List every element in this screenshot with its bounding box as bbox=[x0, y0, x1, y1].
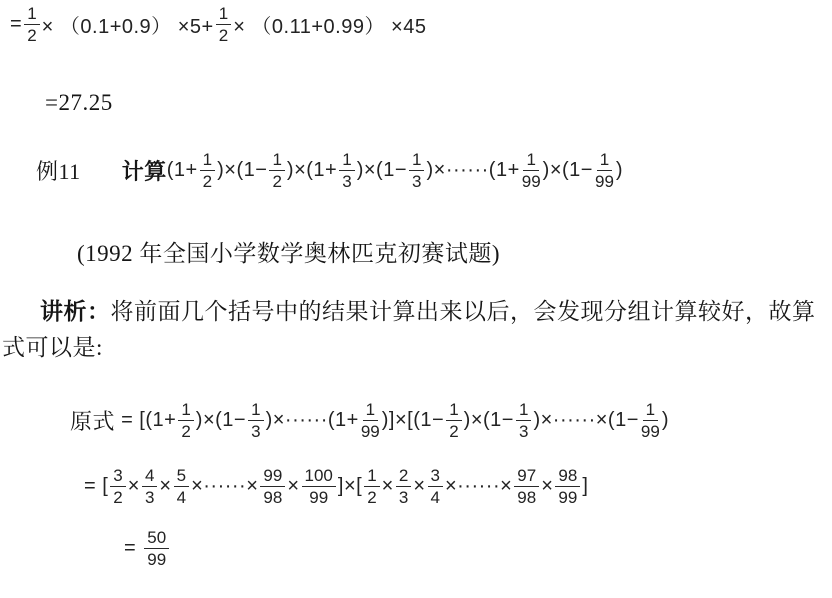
formula-text: )]×[(1− bbox=[382, 409, 444, 432]
example-11-heading: 例11 计算(1+12)×(1−12)×(1+13)×(1−13)×······… bbox=[36, 150, 623, 191]
formula-text: × （0.11+0.99） ×45 bbox=[233, 10, 426, 39]
formula-text: × bbox=[541, 475, 553, 498]
formula-text: (1+ bbox=[167, 159, 198, 182]
equation-result: =27.25 bbox=[45, 90, 113, 116]
fraction: 12 bbox=[446, 400, 461, 441]
fraction: 54 bbox=[174, 466, 189, 507]
formula-label: 计算 bbox=[122, 155, 167, 186]
formula-text: )×(1− bbox=[464, 409, 514, 432]
fraction-denominator: 2 bbox=[219, 25, 228, 45]
formula-text: ]×[ bbox=[338, 475, 362, 498]
source-note: (1992 年全国小学数学奥林匹克初赛试题) bbox=[77, 235, 500, 268]
formula-text bbox=[81, 156, 122, 185]
analysis-text: 将前面几个括号中的结果计算出来以后，会发现分组计算较好，故算 bbox=[111, 299, 816, 324]
fraction-numerator: 1 bbox=[409, 150, 424, 171]
fraction-numerator: 100 bbox=[302, 466, 336, 487]
fraction-denominator: 99 bbox=[558, 487, 577, 507]
formula-text: ) bbox=[662, 409, 669, 432]
fraction-numerator: 1 bbox=[523, 150, 538, 171]
formula-text: ) bbox=[616, 159, 623, 182]
fraction-denominator: 3 bbox=[519, 421, 528, 441]
fraction: 13 bbox=[339, 150, 354, 191]
fraction-numerator: 3 bbox=[110, 466, 125, 487]
fraction: 5099 bbox=[144, 528, 169, 569]
formula-text: × bbox=[128, 475, 140, 498]
fraction: 34 bbox=[428, 466, 443, 507]
fraction: 199 bbox=[641, 400, 660, 441]
fraction-numerator: 98 bbox=[555, 466, 580, 487]
fraction: 12 bbox=[364, 466, 379, 507]
analysis-paragraph-line-1: 讲析：将前面几个括号中的结果计算出来以后，会发现分组计算较好，故算 bbox=[40, 293, 816, 326]
formula-text: )×······×(1− bbox=[533, 409, 638, 432]
fraction-denominator: 4 bbox=[177, 487, 186, 507]
fraction-denominator: 4 bbox=[431, 487, 440, 507]
solution-step-3: = 5099 bbox=[124, 528, 171, 569]
formula-text: = [(1+ bbox=[115, 409, 176, 432]
fraction: 13 bbox=[516, 400, 531, 441]
fraction: 23 bbox=[396, 466, 411, 507]
formula-text: )×(1− bbox=[543, 159, 593, 182]
fraction-denominator: 99 bbox=[361, 421, 380, 441]
formula-text: )×(1− bbox=[357, 159, 407, 182]
formula-text: )×(1+ bbox=[287, 159, 337, 182]
fraction-numerator: 5 bbox=[174, 466, 189, 487]
fraction-numerator: 1 bbox=[364, 466, 379, 487]
equation-line-1: =12× （0.1+0.9） ×5+12× （0.11+0.99） ×45 bbox=[10, 4, 426, 45]
fraction-numerator: 1 bbox=[200, 150, 215, 171]
fraction: 13 bbox=[409, 150, 424, 191]
document-page: =12× （0.1+0.9） ×5+12× （0.11+0.99） ×45 =2… bbox=[0, 0, 832, 598]
formula-text: )×(1− bbox=[217, 159, 267, 182]
fraction: 43 bbox=[142, 466, 157, 507]
fraction: 12 bbox=[178, 400, 193, 441]
fraction-numerator: 97 bbox=[514, 466, 539, 487]
fraction-numerator: 1 bbox=[269, 150, 284, 171]
formula-text: )×······(1+ bbox=[266, 409, 359, 432]
fraction-numerator: 2 bbox=[396, 466, 411, 487]
fraction-numerator: 1 bbox=[643, 400, 658, 421]
fraction-denominator: 2 bbox=[27, 25, 36, 45]
formula-text: = bbox=[124, 537, 142, 560]
formula-text: × bbox=[159, 475, 171, 498]
fraction-numerator: 3 bbox=[428, 466, 443, 487]
fraction-denominator: 3 bbox=[145, 487, 154, 507]
fraction: 199 bbox=[595, 150, 614, 191]
fraction-numerator: 1 bbox=[178, 400, 193, 421]
formula-text: × （0.1+0.9） ×5+ bbox=[42, 10, 214, 39]
fraction: 10099 bbox=[302, 466, 336, 507]
fraction: 199 bbox=[522, 150, 541, 191]
fraction-numerator: 4 bbox=[142, 466, 157, 487]
formula-text: )×(1− bbox=[196, 409, 246, 432]
fraction-denominator: 3 bbox=[399, 487, 408, 507]
fraction-denominator: 99 bbox=[641, 421, 660, 441]
fraction: 13 bbox=[248, 400, 263, 441]
fraction: 12 bbox=[269, 150, 284, 191]
analysis-paragraph-line-2: 式可以是: bbox=[2, 329, 103, 362]
fraction-numerator: 1 bbox=[248, 400, 263, 421]
fraction-denominator: 3 bbox=[251, 421, 260, 441]
fraction-numerator: 1 bbox=[339, 150, 354, 171]
formula-label: 例11 bbox=[36, 155, 81, 186]
fraction-numerator: 1 bbox=[516, 400, 531, 421]
fraction: 12 bbox=[24, 4, 39, 45]
fraction: 12 bbox=[216, 4, 231, 45]
fraction-denominator: 2 bbox=[367, 487, 376, 507]
fraction-denominator: 2 bbox=[113, 487, 122, 507]
formula-text: )×······(1+ bbox=[426, 159, 519, 182]
solution-step-1: 原式 = [(1+12)×(1−13)×······(1+199)]×[(1−1… bbox=[70, 400, 669, 441]
fraction-numerator: 1 bbox=[216, 4, 231, 25]
fraction: 199 bbox=[361, 400, 380, 441]
formula-text: ×······× bbox=[445, 475, 512, 498]
fraction-numerator: 1 bbox=[446, 400, 461, 421]
fraction-denominator: 98 bbox=[263, 487, 282, 507]
formula-text: ] bbox=[582, 475, 588, 498]
formula-text: × bbox=[382, 475, 394, 498]
fraction-numerator: 1 bbox=[597, 150, 612, 171]
fraction-numerator: 1 bbox=[24, 4, 39, 25]
formula-text: = [ bbox=[84, 475, 108, 498]
fraction-denominator: 99 bbox=[522, 171, 541, 191]
fraction-denominator: 2 bbox=[203, 171, 212, 191]
fraction: 32 bbox=[110, 466, 125, 507]
fraction-numerator: 50 bbox=[144, 528, 169, 549]
formula-text: ×······× bbox=[191, 475, 258, 498]
fraction-denominator: 3 bbox=[342, 171, 351, 191]
analysis-label: 讲析： bbox=[40, 299, 111, 324]
fraction-denominator: 99 bbox=[595, 171, 614, 191]
formula-text: × bbox=[413, 475, 425, 498]
formula-label: 原式 bbox=[70, 405, 115, 436]
fraction: 9998 bbox=[260, 466, 285, 507]
formula-text: × bbox=[287, 475, 299, 498]
fraction-denominator: 98 bbox=[517, 487, 536, 507]
fraction: 12 bbox=[200, 150, 215, 191]
fraction-numerator: 1 bbox=[363, 400, 378, 421]
fraction-denominator: 99 bbox=[147, 549, 166, 569]
fraction-denominator: 3 bbox=[412, 171, 421, 191]
fraction-denominator: 2 bbox=[449, 421, 458, 441]
fraction-denominator: 2 bbox=[272, 171, 281, 191]
fraction-numerator: 99 bbox=[260, 466, 285, 487]
fraction: 9798 bbox=[514, 466, 539, 507]
solution-step-2: = [32×43×54×······×9998×10099]×[12×23×34… bbox=[84, 466, 588, 507]
fraction-denominator: 2 bbox=[181, 421, 190, 441]
formula-text: = bbox=[10, 13, 22, 36]
fraction-denominator: 99 bbox=[309, 487, 328, 507]
fraction: 9899 bbox=[555, 466, 580, 507]
